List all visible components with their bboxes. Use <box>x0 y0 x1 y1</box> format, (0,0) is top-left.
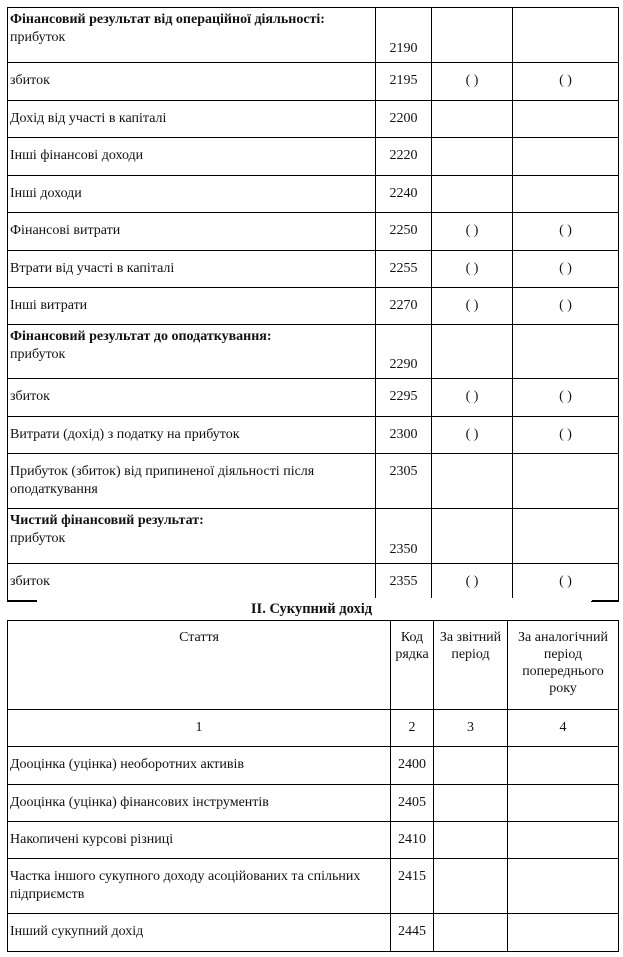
column-number: 4 <box>508 710 619 747</box>
row-label: збиток <box>8 379 376 417</box>
row-code: 2190 <box>376 8 432 63</box>
row-label: Витрати (дохід) з податку на прибуток <box>8 417 376 454</box>
row-label: Чистий фінансовий результат:прибуток <box>8 509 376 564</box>
previous-period-cell[interactable]: ( ) <box>513 564 619 602</box>
previous-period-cell[interactable]: ( ) <box>513 379 619 417</box>
row-label: Фінансові витрати <box>8 213 376 251</box>
current-period-cell[interactable] <box>432 509 513 564</box>
row-label: Фінансовий результат до оподаткування:пр… <box>8 325 376 379</box>
previous-period-cell[interactable] <box>508 822 619 859</box>
row-code: 2355 <box>376 564 432 602</box>
previous-period-cell[interactable] <box>508 859 619 914</box>
row-label-text: прибуток <box>10 30 65 45</box>
column-number: 3 <box>434 710 508 747</box>
current-period-cell[interactable]: ( ) <box>432 564 513 602</box>
row-code: 2350 <box>376 509 432 564</box>
current-period-cell[interactable]: ( ) <box>432 251 513 288</box>
row-code: 2270 <box>376 288 432 325</box>
current-period-cell[interactable] <box>434 785 508 822</box>
current-period-cell[interactable]: ( ) <box>432 288 513 325</box>
table-row: Дооцінка (уцінка) необоротних активів 24… <box>8 747 619 785</box>
previous-period-cell[interactable] <box>508 914 619 952</box>
group-heading: Фінансовий результат від операційної дія… <box>10 11 373 29</box>
row-code: 2305 <box>376 454 432 509</box>
previous-period-cell[interactable]: ( ) <box>513 213 619 251</box>
table-row: Інші витрати 2270 ( ) ( ) <box>8 288 619 325</box>
current-period-cell[interactable]: ( ) <box>432 417 513 454</box>
previous-period-cell[interactable]: ( ) <box>513 63 619 101</box>
row-label: Прибуток (збиток) від припиненої діяльно… <box>8 454 376 509</box>
row-label: Фінансовий результат від операційної дія… <box>8 8 376 63</box>
current-period-cell[interactable]: ( ) <box>432 63 513 101</box>
current-period-cell[interactable]: ( ) <box>432 213 513 251</box>
table-row: Інші доходи 2240 <box>8 176 619 213</box>
current-period-cell[interactable] <box>432 176 513 213</box>
column-number-row: 1 2 3 4 <box>8 710 619 747</box>
row-label-text: прибуток <box>10 531 65 546</box>
header-row: Стаття Код рядка За звітний період За ан… <box>8 621 619 710</box>
comprehensive-income-table: Стаття Код рядка За звітний період За ан… <box>7 620 619 952</box>
table-row: Інші фінансові доходи 2220 <box>8 138 619 176</box>
table-row: Дохід від участі в капіталі 2200 <box>8 101 619 138</box>
table-row: Фінансові витрати 2250 ( ) ( ) <box>8 213 619 251</box>
header-article: Стаття <box>8 621 391 710</box>
previous-period-cell[interactable]: ( ) <box>513 417 619 454</box>
current-period-cell[interactable] <box>432 454 513 509</box>
previous-period-cell[interactable] <box>513 176 619 213</box>
current-period-cell[interactable] <box>434 859 508 914</box>
table-row: Витрати (дохід) з податку на прибуток 23… <box>8 417 619 454</box>
current-period-cell[interactable] <box>434 822 508 859</box>
table-row: Втрати від участі в капіталі 2255 ( ) ( … <box>8 251 619 288</box>
row-code: 2415 <box>391 859 434 914</box>
table-row: збиток 2195 ( ) ( ) <box>8 63 619 101</box>
row-code: 2445 <box>391 914 434 952</box>
previous-period-cell[interactable] <box>513 454 619 509</box>
row-label: Частка іншого сукупного доходу асоційова… <box>8 859 391 914</box>
row-code: 2200 <box>376 101 432 138</box>
header-previous-period: За аналогічний період попереднього року <box>508 621 619 710</box>
current-period-cell[interactable]: ( ) <box>432 379 513 417</box>
header-row-code: Код рядка <box>391 621 434 710</box>
row-label: Накопичені курсові різниці <box>8 822 391 859</box>
financial-results-table: Фінансовий результат від операційної дія… <box>7 7 619 602</box>
table-row: Дооцінка (уцінка) фінансових інструменті… <box>8 785 619 822</box>
table-row: Інший сукупний дохід 2445 <box>8 914 619 952</box>
table-row: збиток 2295 ( ) ( ) <box>8 379 619 417</box>
previous-period-cell[interactable] <box>508 747 619 785</box>
table-row: Фінансовий результат до оподаткування:пр… <box>8 325 619 379</box>
row-code: 2195 <box>376 63 432 101</box>
row-label: Інший сукупний дохід <box>8 914 391 952</box>
current-period-cell[interactable] <box>432 325 513 379</box>
row-code: 2410 <box>391 822 434 859</box>
row-code: 2405 <box>391 785 434 822</box>
current-period-cell[interactable] <box>432 138 513 176</box>
row-code: 2220 <box>376 138 432 176</box>
current-period-cell[interactable] <box>432 101 513 138</box>
row-label: Дооцінка (уцінка) необоротних активів <box>8 747 391 785</box>
previous-period-cell[interactable]: ( ) <box>513 251 619 288</box>
current-period-cell[interactable] <box>434 914 508 952</box>
table-row: Частка іншого сукупного доходу асоційова… <box>8 859 619 914</box>
row-code: 2240 <box>376 176 432 213</box>
column-number: 2 <box>391 710 434 747</box>
row-label: Дооцінка (уцінка) фінансових інструменті… <box>8 785 391 822</box>
current-period-cell[interactable] <box>434 747 508 785</box>
row-code: 2400 <box>391 747 434 785</box>
previous-period-cell[interactable] <box>513 325 619 379</box>
row-label: збиток <box>8 63 376 101</box>
table-row: збиток 2355 ( ) ( ) <box>8 564 619 602</box>
row-label-text: прибуток <box>10 347 65 362</box>
table-row: Накопичені курсові різниці 2410 <box>8 822 619 859</box>
previous-period-cell[interactable] <box>513 101 619 138</box>
row-code: 2250 <box>376 213 432 251</box>
table-row: Прибуток (збиток) від припиненої діяльно… <box>8 454 619 509</box>
row-label: Дохід від участі в капіталі <box>8 101 376 138</box>
row-label: Інші витрати <box>8 288 376 325</box>
previous-period-cell[interactable] <box>513 138 619 176</box>
previous-period-cell[interactable] <box>513 509 619 564</box>
column-number: 1 <box>8 710 391 747</box>
row-label: Втрати від участі в капіталі <box>8 251 376 288</box>
row-label: збиток <box>8 564 376 602</box>
row-code: 2255 <box>376 251 432 288</box>
header-current-period: За звітний період <box>434 621 508 710</box>
previous-period-cell[interactable] <box>513 8 619 63</box>
row-code: 2300 <box>376 417 432 454</box>
previous-period-cell[interactable]: ( ) <box>513 288 619 325</box>
row-label: Інші фінансові доходи <box>8 138 376 176</box>
row-code: 2295 <box>376 379 432 417</box>
table-row: Чистий фінансовий результат:прибуток 235… <box>8 509 619 564</box>
section-title: II. Сукупний дохід <box>0 600 623 618</box>
previous-period-cell[interactable] <box>508 785 619 822</box>
current-period-cell[interactable] <box>432 8 513 63</box>
row-label: Інші доходи <box>8 176 376 213</box>
table-row: Фінансовий результат від операційної дія… <box>8 8 619 63</box>
row-code: 2290 <box>376 325 432 379</box>
group-heading: Фінансовий результат до оподаткування: <box>10 328 373 346</box>
group-heading: Чистий фінансовий результат: <box>10 512 373 530</box>
